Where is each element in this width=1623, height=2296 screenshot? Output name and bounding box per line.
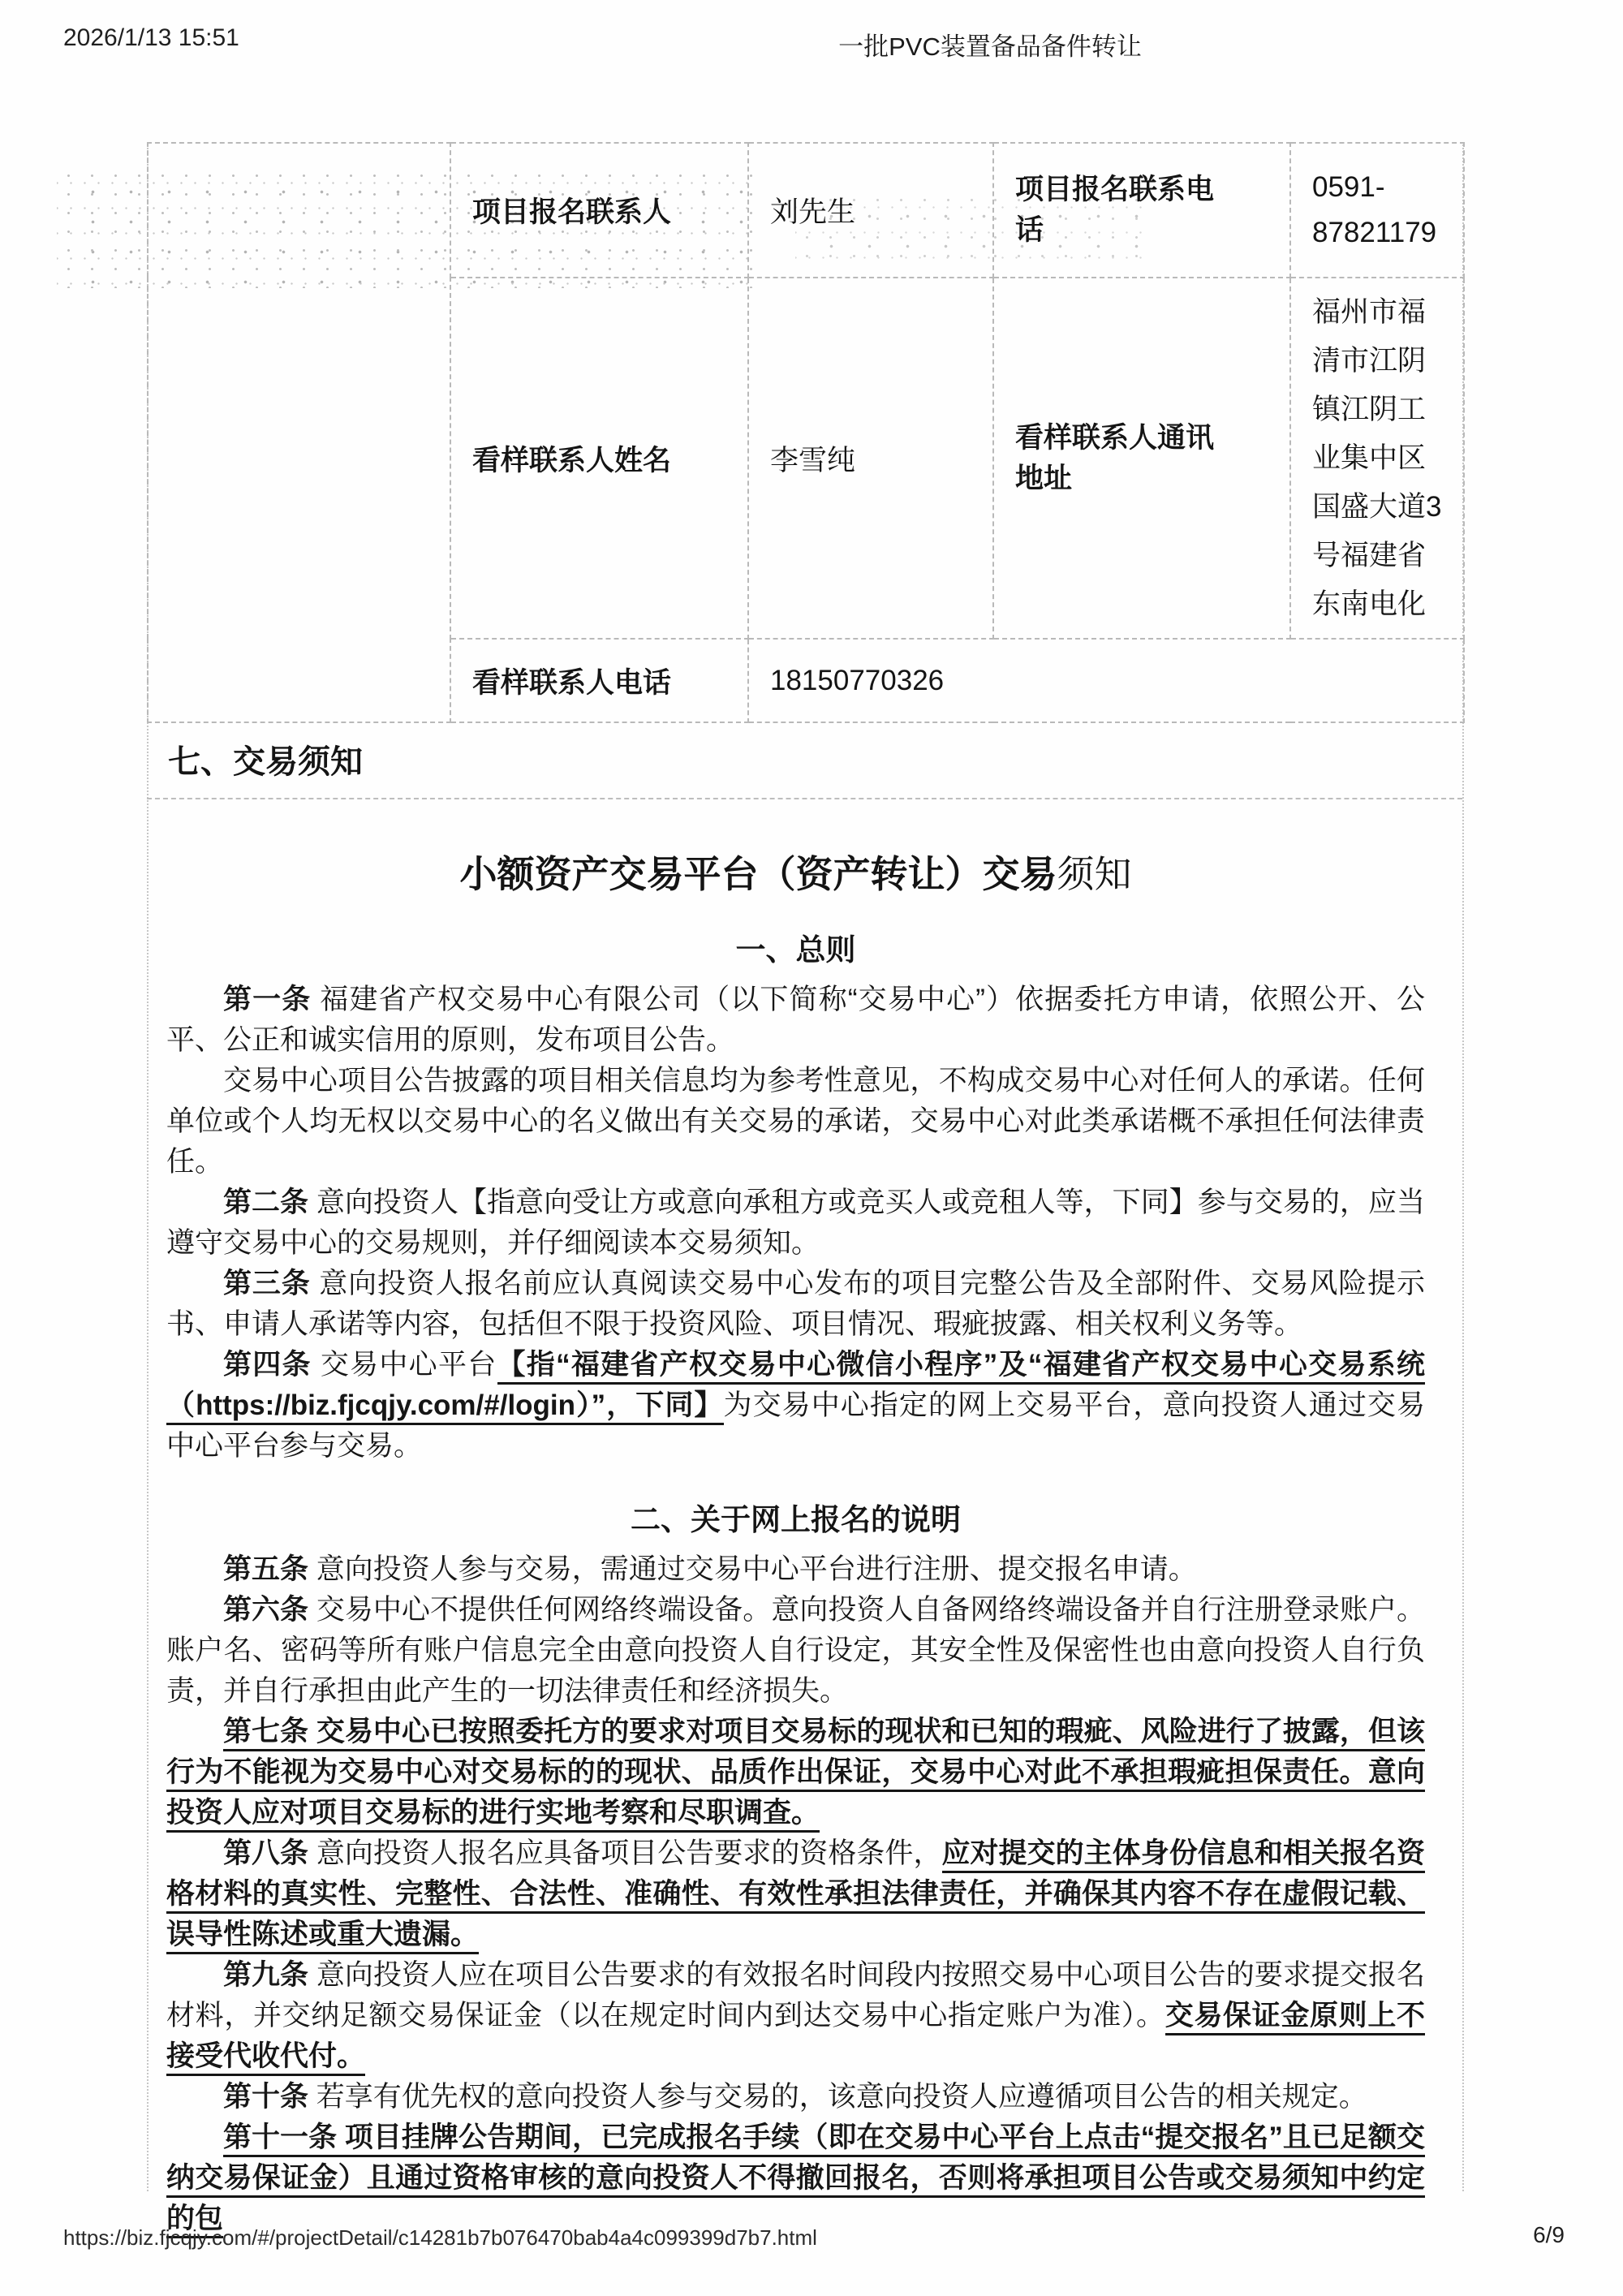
table-cell-value: 李雪纯	[748, 278, 993, 639]
notice-text: 第五条	[223, 1553, 316, 1585]
table-cell-value: 18150770326	[748, 639, 1464, 722]
notice-title-suffix: 须知	[1057, 853, 1132, 895]
table-cell-label-text: 看样联系人电话	[451, 661, 747, 701]
notice-paragraph: 第十一条 项目挂牌公告期间，已完成报名手续（即在交易中心平台上点击“提交报名”且…	[166, 2117, 1425, 2239]
notice-text: 第十条	[223, 2081, 316, 2113]
notice-text: 第六条	[223, 1594, 316, 1626]
table-cell-label-text: 项目报名联系人	[451, 190, 747, 230]
table-cell-label: 看样联系人电话	[450, 639, 748, 722]
notice-emphasis-text: 第七条 交易中心已按照委托方的要求对项目交易标的现状和已知的瑕疵、风险进行了披露…	[166, 1716, 1425, 1833]
notice-text: 第三条	[223, 1268, 319, 1299]
table-cell-label2-text: 项目报名联系电话	[994, 170, 1225, 251]
notice-text: 交易中心不提供任何网络终端设备。意向投资人自备网络终端设备并自行注册登录账户。账…	[166, 1594, 1425, 1707]
notice-title: 小额资产交易平台（资产转让）交易须知	[166, 851, 1425, 897]
notice-body-content: 一、总则第一条 福建省产权交易中心有限公司（以下简称“交易中心”）依据委托方申请…	[166, 933, 1425, 2239]
notice-text: 第九条	[223, 1959, 316, 1991]
notice-paragraph: 第九条 意向投资人应在项目公告要求的有效报名时间段内按照交易中心项目公告的要求提…	[166, 1955, 1425, 2077]
notice-text: 第二条	[223, 1187, 316, 1218]
table-cell-value2-text: 0591-87821179	[1291, 165, 1446, 256]
notice-title-main: 小额资产交易平台（资产转让）交易	[460, 853, 1057, 895]
table-cell-label: 项目报名联系人	[450, 143, 748, 278]
table-cell-value2: 0591-87821179	[1290, 143, 1464, 278]
notice-paragraph: 第三条 意向投资人报名前应认真阅读交易中心发布的项目完整公告及全部附件、交易风险…	[166, 1264, 1425, 1345]
notice-paragraph: 第七条 交易中心已按照委托方的要求对项目交易标的现状和已知的瑕疵、风险进行了披露…	[166, 1712, 1425, 1833]
notice-text: 交易中心平台	[321, 1349, 497, 1381]
notice-paragraph: 第一条 福建省产权交易中心有限公司（以下简称“交易中心”）依据委托方申请，依照公…	[166, 980, 1425, 1061]
notice-text: 第八条	[223, 1837, 316, 1869]
notice-text: 意向投资人报名前应认真阅读交易中心发布的项目完整公告及全部附件、交易风险提示书、…	[166, 1268, 1425, 1340]
table-cell-label: 看样联系人姓名	[450, 278, 748, 639]
notice-body: 小额资产交易平台（资产转让）交易须知 一、总则第一条 福建省产权交易中心有限公司…	[147, 799, 1462, 2239]
notice-text: 交易中心项目公告披露的项目相关信息均为参考性意见，不构成交易中心对任何人的承诺。…	[166, 1065, 1425, 1178]
notice-paragraph: 第八条 意向投资人报名应具备项目公告要求的资格条件，应对提交的主体身份信息和相关…	[166, 1833, 1425, 1955]
notice-paragraph: 第十条 若享有优先权的意向投资人参与交易的，该意向投资人应遵循项目公告的相关规定…	[166, 2077, 1425, 2117]
footer-url: https://biz.fjcqjy.com/#/projectDetail/c…	[63, 2225, 817, 2251]
notice-text: 意向投资人参与交易，需通过交易中心平台进行注册、提交报名申请。	[316, 1553, 1197, 1585]
scanned-document-page: 2026/1/13 15:51 一批PVC装置备品备件转让 项目报名联系人刘先生…	[0, 0, 1623, 2296]
table-cell-value2-text: 福州市福清市江阴镇江阴工业集中区国盛大道3号福建省东南电化	[1291, 288, 1446, 629]
notice-paragraph: 第六条 交易中心不提供任何网络终端设备。意向投资人自备网络终端设备并自行注册登录…	[166, 1590, 1425, 1712]
contact-table-body: 项目报名联系人刘先生项目报名联系电话0591-87821179看样联系人姓名李雪…	[148, 143, 1464, 722]
table-cell-value: 刘先生	[748, 143, 993, 278]
table-cell-label2: 看样联系人通讯地址	[993, 278, 1290, 639]
table-cell-label-text: 看样联系人姓名	[451, 438, 747, 479]
notice-section-heading: 一、总则	[166, 933, 1425, 968]
notice-text: 若享有优先权的意向投资人参与交易的，该意向投资人应遵循项目公告的相关规定。	[316, 2081, 1367, 2113]
notice-text: 第四条	[223, 1349, 321, 1381]
notice-text: 第一条	[223, 984, 320, 1015]
footer-page-number: 6/9	[1533, 2222, 1565, 2248]
notice-text: 福建省产权交易中心有限公司（以下简称“交易中心”）依据委托方申请，依照公开、公平…	[166, 984, 1425, 1056]
section-heading: 七、交易须知	[147, 717, 1462, 782]
table-cell-label2-text: 看样联系人通讯地址	[994, 418, 1225, 499]
notice-paragraph: 交易中心项目公告披露的项目相关信息均为参考性意见，不构成交易中心对任何人的承诺。…	[166, 1061, 1425, 1182]
table-cell-empty	[148, 143, 450, 722]
notice-text: 意向投资人【指意向受让方或意向承租方或竞买人或竞租人等，下同】参与交易的，应当遵…	[166, 1187, 1425, 1259]
notice-emphasis-text: 第十一条 项目挂牌公告期间，已完成报名手续（即在交易中心平台上点击“提交报名”且…	[166, 2122, 1425, 2238]
table-cell-value2: 福州市福清市江阴镇江阴工业集中区国盛大道3号福建省东南电化	[1290, 278, 1464, 639]
table-cell-value-text: 李雪纯	[749, 438, 992, 479]
notice-text: 意向投资人报名应具备项目公告要求的资格条件，	[316, 1837, 942, 1869]
notice-paragraph: 第五条 意向投资人参与交易，需通过交易中心平台进行注册、提交报名申请。	[166, 1549, 1425, 1590]
print-timestamp: 2026/1/13 15:51	[63, 24, 239, 52]
table-cell-label2: 项目报名联系电话	[993, 143, 1290, 278]
table-cell-value-text: 18150770326	[749, 665, 1463, 697]
print-page-title: 一批PVC装置备品备件转让	[357, 26, 1623, 62]
table-cell-value-text: 刘先生	[749, 190, 992, 230]
notice-paragraph: 第四条 交易中心平台【指“福建省产权交易中心微信小程序”及“福建省产权交易中心交…	[166, 1345, 1425, 1467]
table-row: 项目报名联系人刘先生项目报名联系电话0591-87821179	[148, 143, 1464, 278]
contact-info-table: 项目报名联系人刘先生项目报名联系电话0591-87821179看样联系人姓名李雪…	[147, 142, 1465, 723]
notice-paragraph: 第二条 意向投资人【指意向受让方或意向承租方或竞买人或竞租人等，下同】参与交易的…	[166, 1182, 1425, 1264]
notice-section-heading: 二、关于网上报名的说明	[166, 1502, 1425, 1538]
section-heading-band: 七、交易须知	[147, 717, 1462, 799]
